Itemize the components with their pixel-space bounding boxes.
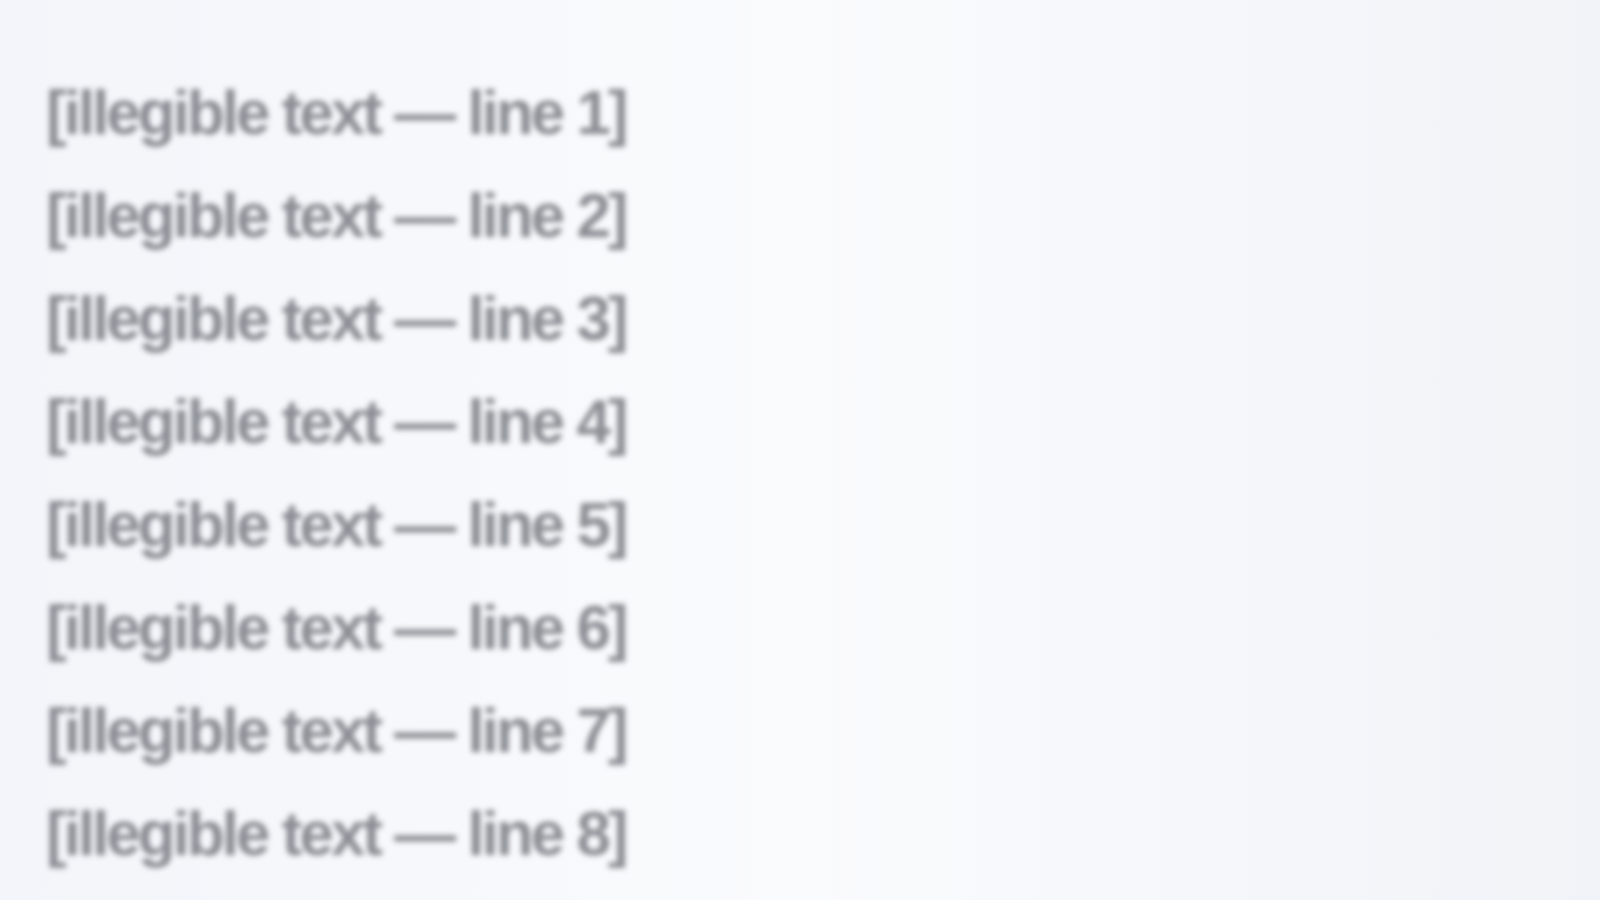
text-line-last: [illegible text — line 8] xyxy=(46,783,1376,886)
text-line: [illegible text — line 7] xyxy=(46,680,1546,783)
text-line: [illegible text — line 4] xyxy=(46,371,1546,474)
text-line: [illegible text — line 1] xyxy=(46,62,1546,165)
text-line: [illegible text — line 3] xyxy=(46,268,1546,371)
body-paragraph: [illegible text — line 1] [illegible tex… xyxy=(46,62,1546,886)
text-line: [illegible text — line 6] xyxy=(46,577,1546,680)
text-line: [illegible text — line 5] xyxy=(46,474,1546,577)
text-line: [illegible text — line 2] xyxy=(46,165,1546,268)
document-page: [illegible text — line 1] [illegible tex… xyxy=(0,0,1600,900)
